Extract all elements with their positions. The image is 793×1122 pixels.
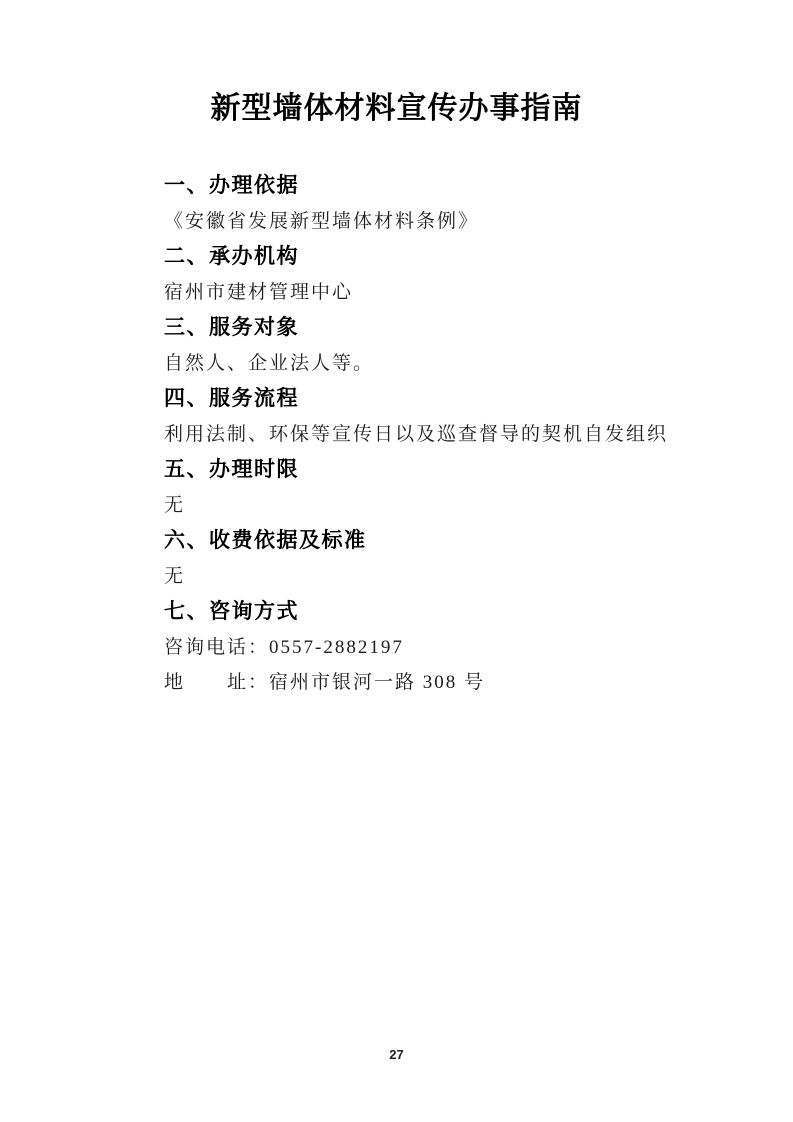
section: 六、收费依据及标准 无 (164, 523, 693, 594)
section: 一、办理依据 《安徽省发展新型墙体材料条例》 (164, 168, 693, 239)
document-page: 新型墙体材料宣传办事指南 一、办理依据 《安徽省发展新型墙体材料条例》 二、承办… (0, 0, 793, 1122)
section-heading: 五、办理时限 (164, 452, 693, 488)
section-content: 宿州市建材管理中心 (164, 275, 693, 311)
section: 四、服务流程 利用法制、环保等宣传日以及巡查督导的契机自发组织 (164, 381, 693, 452)
page-title: 新型墙体材料宣传办事指南 (0, 0, 793, 128)
section-content-address: 地 址：宿州市银河一路 308 号 (164, 665, 693, 701)
section-content: 利用法制、环保等宣传日以及巡查督导的契机自发组织 (164, 417, 693, 453)
section-heading: 六、收费依据及标准 (164, 523, 693, 559)
section-heading: 二、承办机构 (164, 239, 693, 275)
section-content: 《安徽省发展新型墙体材料条例》 (164, 204, 693, 240)
section-content: 无 (164, 559, 693, 595)
section-content-phone: 咨询电话：0557-2882197 (164, 630, 693, 666)
section-content: 无 (164, 488, 693, 524)
section-heading: 四、服务流程 (164, 381, 693, 417)
page-number: 27 (0, 1047, 793, 1062)
section: 五、办理时限 无 (164, 452, 693, 523)
document-body: 一、办理依据 《安徽省发展新型墙体材料条例》 二、承办机构 宿州市建材管理中心 … (164, 168, 693, 701)
section: 三、服务对象 自然人、企业法人等。 (164, 310, 693, 381)
section: 二、承办机构 宿州市建材管理中心 (164, 239, 693, 310)
section-heading: 三、服务对象 (164, 310, 693, 346)
section: 七、咨询方式 咨询电话：0557-2882197 地 址：宿州市银河一路 308… (164, 594, 693, 701)
section-content: 自然人、企业法人等。 (164, 346, 693, 382)
section-heading: 七、咨询方式 (164, 594, 693, 630)
section-heading: 一、办理依据 (164, 168, 693, 204)
